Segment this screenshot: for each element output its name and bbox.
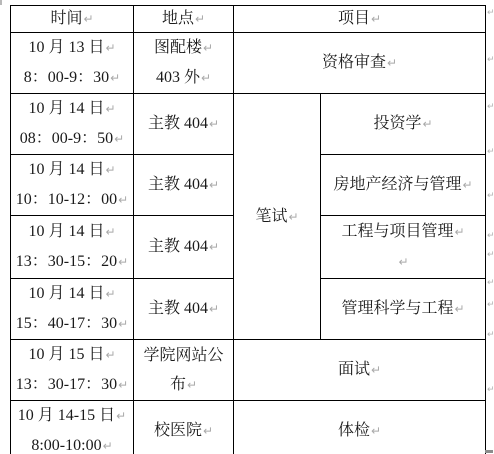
cell-location[interactable]: 校医院↵ [134,401,234,454]
paragraph-mark-icon: ↵ [454,302,464,316]
location-text: 主教 404 [148,115,208,132]
paragraph-mark-icon: ↵ [105,41,115,55]
paragraph-mark-icon: ↵ [209,178,219,192]
table-row: 10 月 14-15 日↵ 8:00-10:00↵ 校医院↵ 体检↵ [11,401,486,454]
paragraph-mark-icon: ↵ [288,210,298,224]
end-of-row-mark-icon: ↵ [487,330,494,340]
cell-location[interactable]: 主教 404↵ [134,155,234,216]
time-text: 10 月 13 日 [28,39,104,56]
paragraph-mark-icon: ↵ [187,378,197,392]
cell-location[interactable]: 学院网站公布↵ [134,340,234,401]
paragraph-mark-icon: ↵ [462,178,472,192]
cell-project[interactable]: 体检↵ [234,401,486,454]
time-text: 10 月 14 日 [28,161,104,178]
paragraph-mark-icon: ↵ [398,255,408,269]
time-text: 10 月 14-15 日 [18,407,115,424]
paragraph-mark-icon: ↵ [454,225,464,239]
cell-time[interactable]: 10 月 14 日↵ 15：40-17：30↵ [11,279,134,340]
cell-time[interactable]: 10 月 14 日↵ 08：00-9：50↵ [11,94,134,155]
table-edge-mark [0,0,2,5]
cell-location[interactable]: 主教 404↵ [134,94,234,155]
location-text: 主教 404 [148,238,208,255]
end-of-row-mark-icon: ↵ [487,250,494,260]
cell-time[interactable]: 10 月 14 日↵ 10：10-12：00↵ [11,155,134,216]
time-text: 10 月 14 日 [28,100,104,117]
paragraph-mark-icon: ↵ [371,12,381,26]
paragraph-mark-icon: ↵ [110,71,120,85]
location-text: 校医院 [154,422,202,439]
time-text: 13：30-17：30 [16,376,117,393]
paragraph-mark-icon: ↵ [105,102,115,116]
end-of-row-mark-icon: ↵ [487,102,494,112]
cell-location[interactable]: 主教 404↵ [134,279,234,340]
time-text: 8:00-10:00 [31,437,101,454]
cell-time[interactable]: 10 月 14-15 日↵ 8:00-10:00↵ [11,401,134,454]
time-text: 10 月 14 日 [28,285,104,302]
cell-project[interactable]: 投资学↵ [321,94,486,155]
location-text: 主教 404 [148,300,208,317]
paragraph-mark-icon: ↵ [203,424,213,438]
paragraph-mark-icon: ↵ [105,287,115,301]
end-of-row-mark-icon: ↵ [487,231,494,241]
time-text: 13：30-15：20 [16,253,117,270]
paragraph-mark-icon: ↵ [387,56,397,70]
paragraph-mark-icon: ↵ [103,439,113,453]
cell-project[interactable]: 管理科学与工程↵ [321,279,486,340]
schedule-table: 时间↵ 地点↵ 项目↵ 10 月 13 日↵ 8：00-9：30↵ 图配楼↵ 4… [10,5,486,454]
paragraph-mark-icon: ↵ [371,424,381,438]
cell-time[interactable]: 10 月 13 日↵ 8：00-9：30↵ [11,33,134,94]
cell-project[interactable]: 面试↵ [234,340,486,401]
cell-category-written-exam[interactable]: 笔试↵ [234,94,321,340]
end-of-row-mark-icon: ↵ [487,278,494,288]
cell-project[interactable]: 资格审查↵ [234,33,486,94]
location-text: 图配楼 [154,39,202,56]
cell-project[interactable]: 工程与项目管理↵ ↵ [321,216,486,279]
category-text: 笔试 [255,208,287,225]
time-text: 10 月 15 日 [28,346,104,363]
time-text: 10：10-12：00 [16,191,117,208]
time-text: 10 月 14 日 [28,223,104,240]
table-row: 10 月 14 日↵ 08：00-9：50↵ 主教 404↵ 笔试↵ 投资学↵ [11,94,486,155]
location-text: 主教 404 [148,176,208,193]
header-label: 地点 [162,10,194,27]
paragraph-mark-icon: ↵ [201,71,211,85]
end-of-row-mark-icon: ↵ [487,300,494,310]
paragraph-mark-icon: ↵ [203,41,213,55]
end-of-row-mark-icon: ↵ [487,8,494,18]
paragraph-mark-icon: ↵ [114,132,124,146]
paragraph-mark-icon: ↵ [118,378,128,392]
table-header-row: 时间↵ 地点↵ 项目↵ [11,6,486,33]
paragraph-mark-icon: ↵ [209,302,219,316]
paragraph-mark-icon: ↵ [118,193,128,207]
paragraph-mark-icon: ↵ [195,12,205,26]
paragraph-mark-icon: ↵ [422,117,432,131]
paragraph-mark-icon: ↵ [118,255,128,269]
paragraph-mark-icon: ↵ [105,163,115,177]
paragraph-mark-icon: ↵ [105,225,115,239]
col-header-location[interactable]: 地点↵ [134,6,234,33]
header-label: 时间 [50,10,82,27]
project-text: 房地产经济与管理 [333,176,461,193]
paragraph-mark-icon: ↵ [118,317,128,331]
paragraph-mark-icon: ↵ [209,117,219,131]
end-of-row-mark-icon: ↵ [487,191,494,201]
project-text: 体检 [338,422,370,439]
paragraph-mark-icon: ↵ [371,363,381,377]
col-header-project[interactable]: 项目↵ [234,6,486,33]
location-text: 学院网站公布 [143,347,223,393]
time-text: 15：40-17：30 [16,315,117,332]
paragraph-mark-icon: ↵ [116,409,126,423]
document-page: 时间↵ 地点↵ 项目↵ 10 月 13 日↵ 8：00-9：30↵ 图配楼↵ 4… [0,0,494,454]
table-resize-handle-icon[interactable] [485,450,493,453]
col-header-time[interactable]: 时间↵ [11,6,134,33]
paragraph-mark-icon: ↵ [83,12,93,26]
project-text: 管理科学与工程 [341,300,453,317]
table-row: 10 月 13 日↵ 8：00-9：30↵ 图配楼↵ 403 外↵ 资格审查↵ [11,33,486,94]
location-text: 403 外 [156,69,200,86]
cell-project[interactable]: 房地产经济与管理↵ [321,155,486,216]
paragraph-mark-icon: ↵ [209,240,219,254]
end-of-row-mark-icon: ↵ [487,55,494,65]
cell-time[interactable]: 10 月 14 日↵ 13：30-15：20↵ [11,216,134,279]
header-label: 项目 [338,10,370,27]
paragraph-mark-icon: ↵ [105,348,115,362]
cell-time[interactable]: 10 月 15 日↵ 13：30-17：30↵ [11,340,134,401]
cell-location[interactable]: 图配楼↵ 403 外↵ [134,33,234,94]
end-of-row-mark-icon: ↵ [487,385,494,395]
end-of-row-mark-icon: ↵ [487,147,494,157]
project-text: 面试 [338,361,370,378]
project-text: 工程与项目管理 [341,223,453,240]
project-text: 资格审查 [322,54,386,71]
project-text: 投资学 [373,115,421,132]
time-text: 08：00-9：50 [20,130,113,147]
time-text: 8：00-9：30 [24,69,109,86]
cell-location[interactable]: 主教 404↵ [134,216,234,279]
table-row: 10 月 15 日↵ 13：30-17：30↵ 学院网站公布↵ 面试↵ [11,340,486,401]
